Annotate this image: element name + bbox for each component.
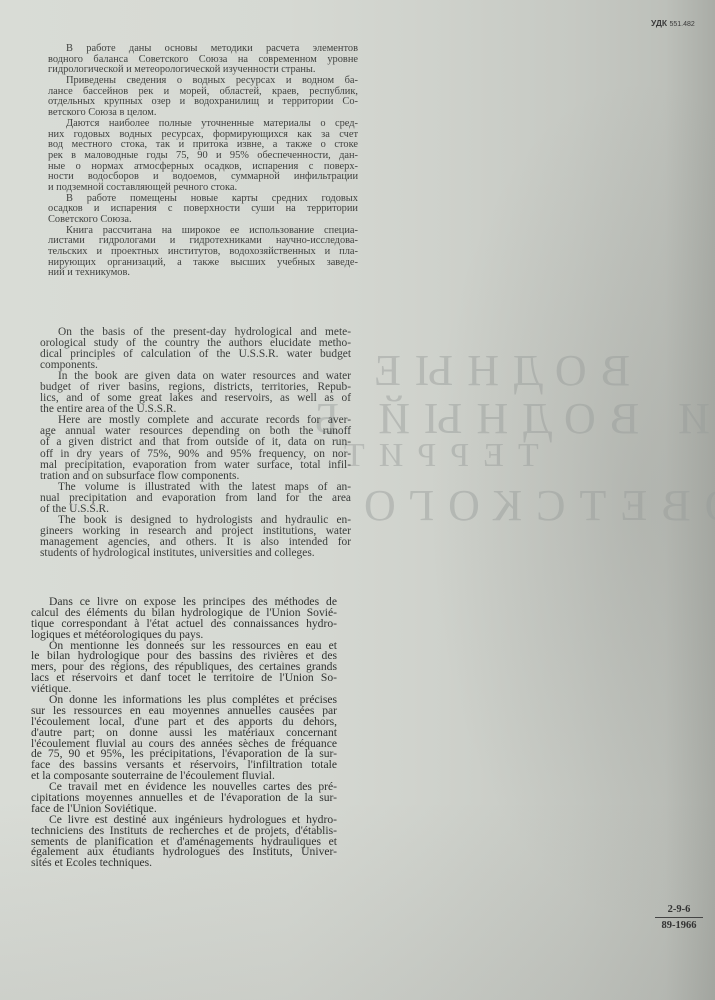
publisher-code: 2-9-6 89-1966 — [655, 904, 703, 931]
abstract-french: Dans ce livre on expose les principes de… — [31, 597, 337, 869]
udk-number: 551.482 — [669, 21, 694, 28]
text-line: tration and on subsurface flow component… — [40, 471, 351, 482]
paragraph: Ce livre est destiné aux ingénieurs hydr… — [31, 815, 337, 869]
paragraph: The book is designed to hydrologists and… — [40, 515, 351, 559]
paragraph: On mentionne les donneés sur les ressour… — [31, 641, 337, 695]
text-line: рек в маловодные годы 75, 90 и 95% обесп… — [48, 151, 358, 162]
abstract-english: On the basis of the present-day hydrolog… — [40, 327, 351, 559]
paragraph: Here are mostly complete and accurate re… — [40, 415, 351, 481]
paragraph: Ce travail met en évidence les nouvelles… — [31, 782, 337, 815]
paragraph: On the basis of the present-day hydrolog… — [40, 327, 351, 371]
udk-classification: УДК 551.482 — [651, 18, 695, 28]
paragraph: On donne les informations les plus compl… — [31, 695, 337, 782]
publisher-code-bottom: 89-1966 — [655, 920, 703, 931]
text-line: ний и техникумов. — [48, 268, 358, 279]
text-line: Даются наиболее полные уточненные матери… — [48, 119, 358, 130]
paragraph: Книга рассчитана на широкое ее использов… — [48, 226, 358, 279]
bleed-through-line-3: ТЕРРИТ — [330, 437, 539, 475]
bleed-through-line-1: ВОДНЫЕ — [360, 345, 630, 396]
publisher-code-top: 2-9-6 — [655, 904, 703, 916]
text-line: off in dry years of 75%, 90% and 95% fre… — [40, 449, 351, 460]
text-line: of a given district and that from outsid… — [40, 437, 351, 448]
paragraph: Даются наиболее полные уточненные матери… — [48, 119, 358, 194]
bleed-through-line-4: СОВЕТСКОГО — [350, 480, 715, 531]
paragraph: Dans ce livre on expose les principes de… — [31, 597, 337, 641]
text-line: lacs et réservoirs et danf tocet le terr… — [31, 673, 337, 684]
text-line: mal precipitation, evaporation from wate… — [40, 460, 351, 471]
text-line: students of hydrological institutes, uni… — [40, 548, 351, 559]
udk-label: УДК — [651, 18, 667, 28]
text-line: sités et Ecoles techniques. — [31, 858, 337, 869]
paragraph: В работе даны основы методики расчета эл… — [48, 44, 358, 76]
paragraph: The volume is illustrated with the lates… — [40, 482, 351, 515]
paragraph: В работе помещены новые карты средних го… — [48, 194, 358, 226]
abstract-russian: В работе даны основы методики расчета эл… — [48, 44, 358, 279]
paragraph: In the book are given data on water reso… — [40, 371, 351, 415]
bleed-through-line-2: И ВОДНЫЙ Б — [300, 393, 710, 444]
fraction-rule — [655, 917, 703, 918]
paragraph: Приведены сведения о водных ресурсах и в… — [48, 76, 358, 119]
